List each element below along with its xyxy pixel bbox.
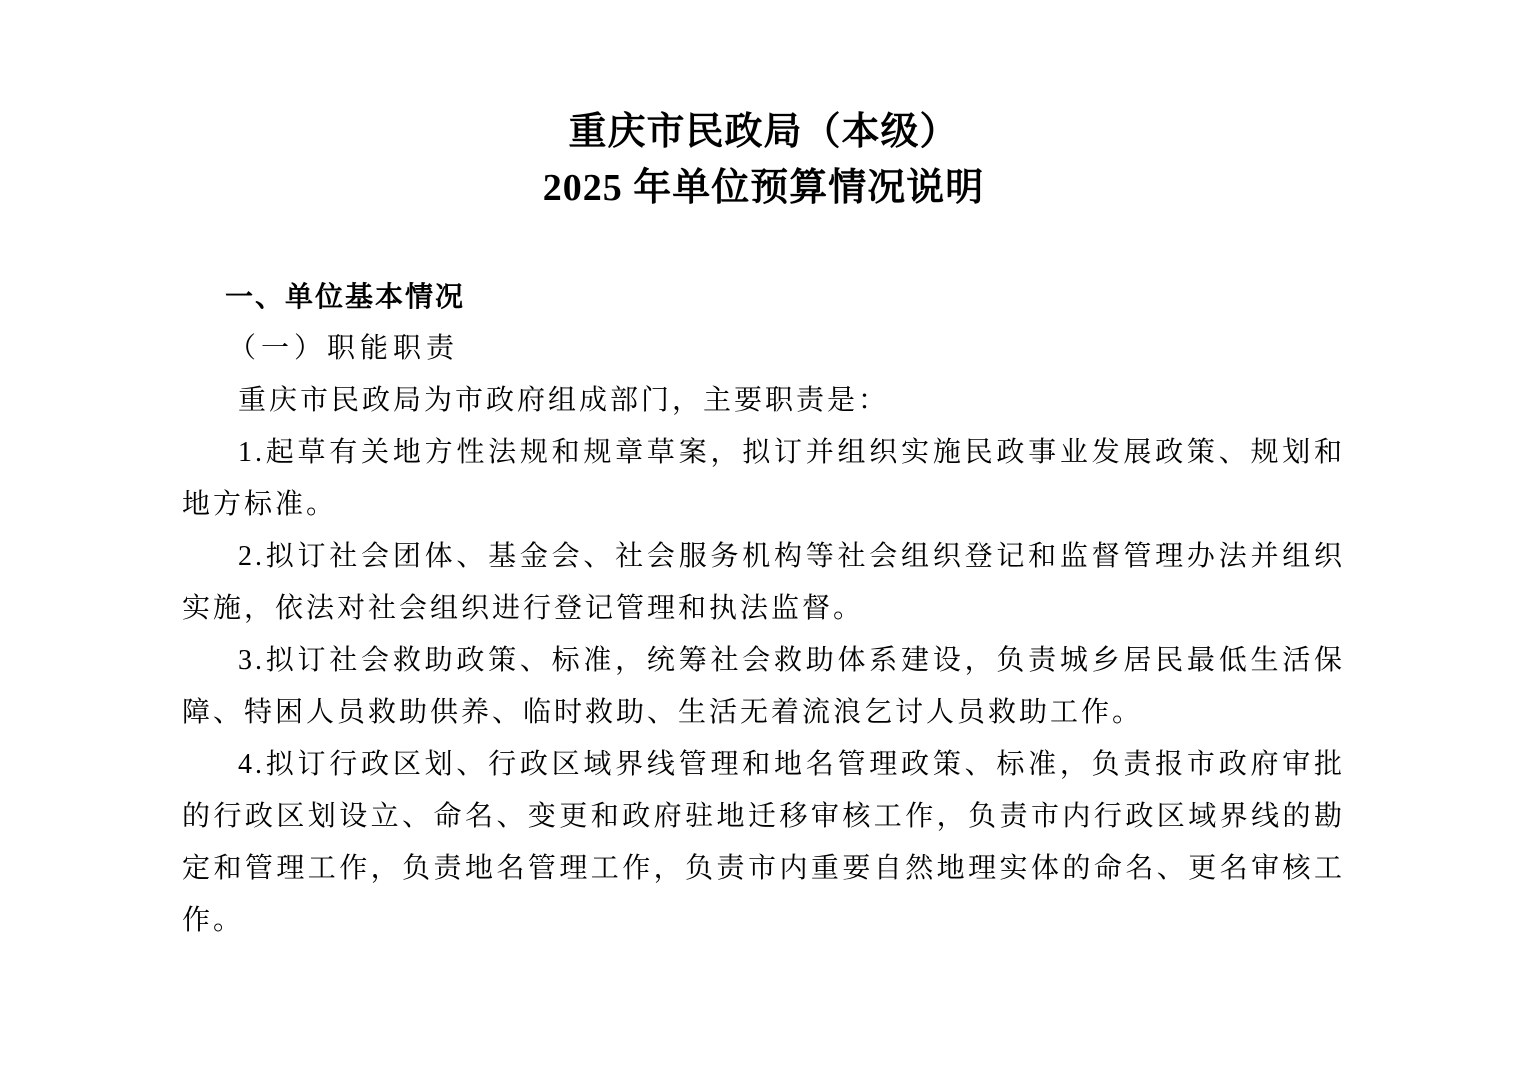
intro-paragraph: 重庆市民政局为市政府组成部门，主要职责是： — [182, 375, 1345, 427]
duty-paragraph-1: 1.起草有关地方性法规和规章草案，拟订并组织实施民政事业发展政策、规划和地方标准… — [182, 427, 1345, 531]
duty-paragraph-2: 2.拟订社会团体、基金会、社会服务机构等社会组织登记和监督管理办法并组织实施，依… — [182, 531, 1345, 635]
duty-paragraph-3: 3.拟订社会救助政策、标准，统筹社会救助体系建设，负责城乡居民最低生活保障、特困… — [182, 635, 1345, 739]
section-body: 重庆市民政局为市政府组成部门，主要职责是： 1.起草有关地方性法规和规章草案，拟… — [182, 375, 1345, 947]
section-heading: 一、单位基本情况 — [182, 271, 1345, 323]
duty-paragraph-4: 4.拟订行政区划、行政区域界线管理和地名管理政策、标准，负责报市政府审批的行政区… — [182, 739, 1345, 947]
document-page: 重庆市民政局（本级） 2025 年单位预算情况说明 一、单位基本情况 （一）职能… — [0, 0, 1520, 1074]
document-title-line-2: 2025 年单位预算情况说明 — [182, 160, 1345, 216]
document-title: 重庆市民政局（本级） 2025 年单位预算情况说明 — [182, 104, 1345, 216]
document-title-line-1: 重庆市民政局（本级） — [182, 104, 1345, 160]
subsection-heading: （一）职能职责 — [182, 323, 1345, 375]
